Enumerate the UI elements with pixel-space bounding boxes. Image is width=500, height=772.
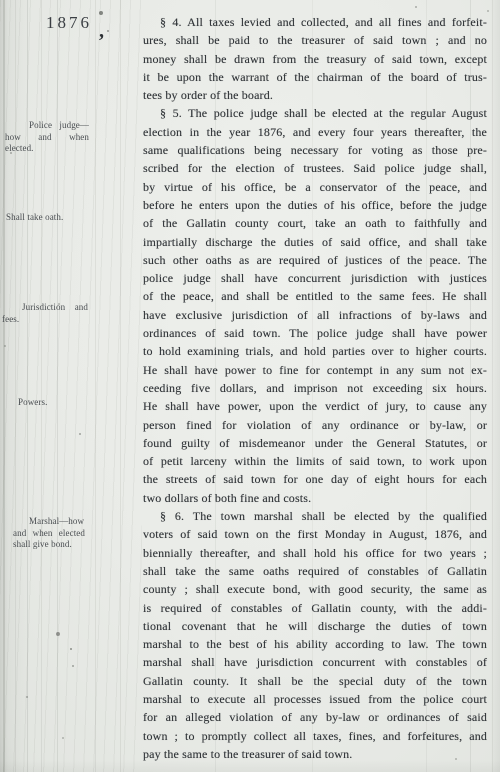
scan-streak xyxy=(15,0,16,772)
scan-streak xyxy=(27,0,28,772)
page-year-label: 1876 xyxy=(46,13,92,33)
text-line: same qualifications being necessary for … xyxy=(143,141,487,159)
text-line: § 4. All taxes levied and collected, and… xyxy=(143,13,487,31)
text-line: voters of said town on the first Monday … xyxy=(143,525,487,543)
scan-streak xyxy=(120,0,121,772)
text-line: impartially discharge the duties of said… xyxy=(143,233,487,251)
text-line: shall take the same oaths required of co… xyxy=(143,562,487,580)
margin-note-jurisdiction-and-fees: Jurisdiction and fees. xyxy=(2,302,88,325)
text-line: tees by order of the board. xyxy=(143,86,487,104)
body-text: § 4. All taxes levied and collected, and… xyxy=(143,13,487,763)
text-line: for an alleged violation of any by-law o… xyxy=(143,708,487,726)
text-line: person fined for violation of any ordina… xyxy=(143,416,487,434)
text-line: town ; to promptly collect all taxes, fi… xyxy=(143,727,487,745)
scan-streak xyxy=(492,0,493,772)
text-line: two dollars of both fine and costs. xyxy=(143,489,487,507)
paragraph-section-5: § 5. The police judge shall be elected a… xyxy=(143,104,487,507)
text-line: pay the same to the treasurer of said to… xyxy=(143,745,487,763)
text-line: of the peace, and shall be entitled to t… xyxy=(143,287,487,305)
text-line: police judge shall have concurrent juris… xyxy=(143,269,487,287)
text-line: of petit larceny within the limits of sa… xyxy=(143,452,487,470)
text-line: it be upon the warrant of the chairman o… xyxy=(143,68,487,86)
scan-streak xyxy=(95,0,96,772)
paragraph-section-4: § 4. All taxes levied and collected, and… xyxy=(143,13,487,104)
text-line: money shall be drawn from the treasury o… xyxy=(143,50,487,68)
text-line: ordinances of said town. The police judg… xyxy=(143,324,487,342)
text-line: have exclusive jurisdiction of all infra… xyxy=(143,306,487,324)
text-line: before he enters upon the duties of his … xyxy=(143,196,487,214)
scan-streak xyxy=(3,0,5,772)
text-line: § 6. The town marshal shall be elected b… xyxy=(143,507,487,525)
text-line: marshal to execute all processes issued … xyxy=(143,690,487,708)
text-line: found guilty of misdemeanor under the Ge… xyxy=(143,434,487,452)
document-page: 1876 , Police judge—how and when elected… xyxy=(0,0,500,772)
text-line: ceeding five dollars, and imprison not e… xyxy=(143,379,487,397)
text-line: biennially thereafter, and shall hold hi… xyxy=(143,544,487,562)
text-line: by virtue of his office, be a conservato… xyxy=(143,178,487,196)
text-line: He shall have power to fine for contempt… xyxy=(143,361,487,379)
text-line: He shall have power, upon the verdict of… xyxy=(143,397,487,415)
text-line: marshal shall have jurisdiction concurre… xyxy=(143,653,487,671)
margin-note-marshal: Marshal—how and when elected shall give … xyxy=(13,516,85,551)
margin-note-powers: Powers. xyxy=(18,397,78,409)
ink-mark: , xyxy=(99,20,104,43)
text-line: is required of constables of Gallatin co… xyxy=(143,599,487,617)
text-line: to hold examining trials, and hold parti… xyxy=(143,342,487,360)
text-line: such other oaths as are required of just… xyxy=(143,251,487,269)
text-line: Gallatin county. It shall be the special… xyxy=(143,672,487,690)
text-line: the streets of said town for one day of … xyxy=(143,470,487,488)
text-line: scribed for the election of trustees. Sa… xyxy=(143,159,487,177)
scan-speckles xyxy=(0,0,2,2)
text-line: § 5. The police judge shall be elected a… xyxy=(143,104,487,122)
text-line: county ; shall execute bond, with good s… xyxy=(143,580,487,598)
text-line: of the Gallatin county court, take an oa… xyxy=(143,214,487,232)
margin-note-shall-take-oath: Shall take oath. xyxy=(6,212,96,224)
scan-streak xyxy=(57,0,58,772)
margin-note-police-judge: Police judge—how and when elected. xyxy=(5,120,89,155)
text-line: marshal to the best of his ability accor… xyxy=(143,635,487,653)
text-line: tional covenant that he will discharge t… xyxy=(143,617,487,635)
text-line: ures, shall be paid to the treasurer of … xyxy=(143,31,487,49)
paragraph-section-6: § 6. The town marshal shall be elected b… xyxy=(143,507,487,763)
scan-streak xyxy=(41,0,42,772)
text-line: election in the year 1876, and every fou… xyxy=(143,123,487,141)
